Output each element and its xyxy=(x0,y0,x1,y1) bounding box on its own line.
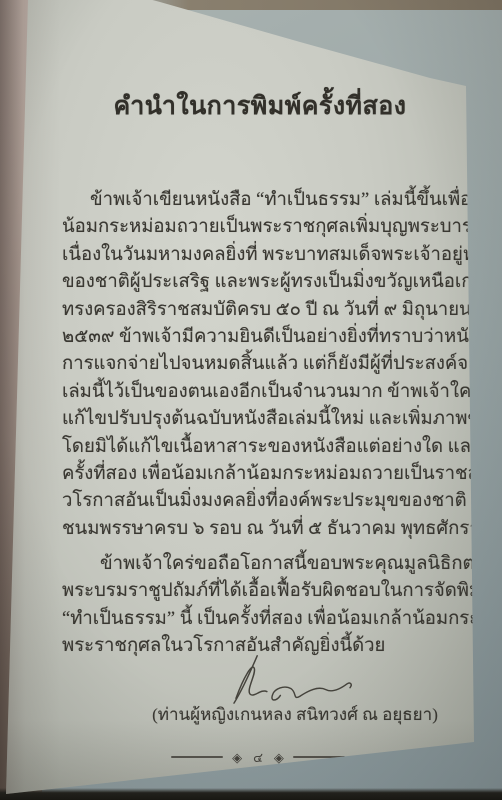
text-line: เล่มนี้ไว้เป็นของตนเองอีกเป็นจำนวนมาก ข้… xyxy=(62,379,458,406)
footer-ornament: ◈ ๔ ◈ xyxy=(158,746,358,768)
text-line: แก้ไขปรับปรุงต้นฉบับหนังสือเล่มนี้ใหม่ แ… xyxy=(62,406,458,433)
diamond-ornament-left-icon: ◈ xyxy=(232,751,242,764)
text-line: วโรกาสอันเป็นมิ่งมงคลยิ่งที่องค์พระประมุ… xyxy=(62,488,458,515)
footer-rule-left xyxy=(171,756,223,758)
page-title: คำนำในการพิมพ์ครั้งที่สอง xyxy=(62,86,458,126)
handwritten-signature xyxy=(212,650,372,708)
text-line: ของชาติผู้ประเสริฐ และพระผู้ทรงเป็นมิ่งข… xyxy=(62,269,458,296)
preface-paragraph-1: ข้าพเจ้าเขียนหนังสือ “ทำเป็นธรรม” เล่มนี… xyxy=(62,187,458,543)
text-line: เนื่องในวันมหามงคลยิ่งที่ พระบาทสมเด็จพร… xyxy=(62,242,458,269)
footer-rule-right xyxy=(293,756,345,758)
page-number: ๔ xyxy=(251,751,265,764)
text-line: ข้าพเจ้าเขียนหนังสือ “ทำเป็นธรรม” เล่มนี… xyxy=(62,187,458,214)
scanned-book-photo: คำนำในการพิมพ์ครั้งที่สอง ข้าพเจ้าเขียนห… xyxy=(0,0,502,800)
text-line: โดยมิได้แก้ไขเนื้อหาสาระของหนังสือแต่อย่… xyxy=(62,434,458,461)
text-line: พระบรมราชูปถัมภ์ที่ได้เอื้อเฟื้อรับผิดชอ… xyxy=(62,578,458,605)
text-line: การแจกจ่ายไปจนหมดสิ้นแล้ว แต่ก็ยังมีผู้ท… xyxy=(62,351,458,378)
book-page: คำนำในการพิมพ์ครั้งที่สอง ข้าพเจ้าเขียนห… xyxy=(0,0,502,800)
text-line: “ทำเป็นธรรม” นี้ เป็นครั้งที่สอง เพื่อน้… xyxy=(62,606,458,633)
text-line: ครั้งที่สอง เพื่อน้อมเกล้าน้อมกระหม่อมถว… xyxy=(62,461,458,488)
text-line: ชนมพรรษาครบ ๖ รอบ ณ วันที่ ๕ ธันวาคม พุท… xyxy=(62,516,458,543)
preface-paragraph-2: ข้าพเจ้าใคร่ขอถือโอกาสนี้ขอบพระคุณมูลนิธ… xyxy=(62,551,458,661)
diamond-ornament-right-icon: ◈ xyxy=(274,751,284,764)
text-line: ทรงครองสิริราชสมบัติครบ ๕๐ ปี ณ วันที่ ๙… xyxy=(62,297,458,324)
page-content: คำนำในการพิมพ์ครั้งที่สอง ข้าพเจ้าเขียนห… xyxy=(0,0,502,800)
photo-bottom-shadow xyxy=(0,788,502,800)
signature-name: (ท่านผู้หญิงเกนหลง สนิทวงศ์ ณ อยุธยา) xyxy=(150,701,440,728)
text-line: น้อมกระหม่อมถวายเป็นพระราชกุศลเพิ่มบุญพร… xyxy=(62,214,458,241)
text-line: ข้าพเจ้าใคร่ขอถือโอกาสนี้ขอบพระคุณมูลนิธ… xyxy=(62,551,458,578)
text-line: ๒๕๓๙ ข้าพเจ้ามีความยินดีเป็นอย่างยิ่งที่… xyxy=(62,324,458,351)
